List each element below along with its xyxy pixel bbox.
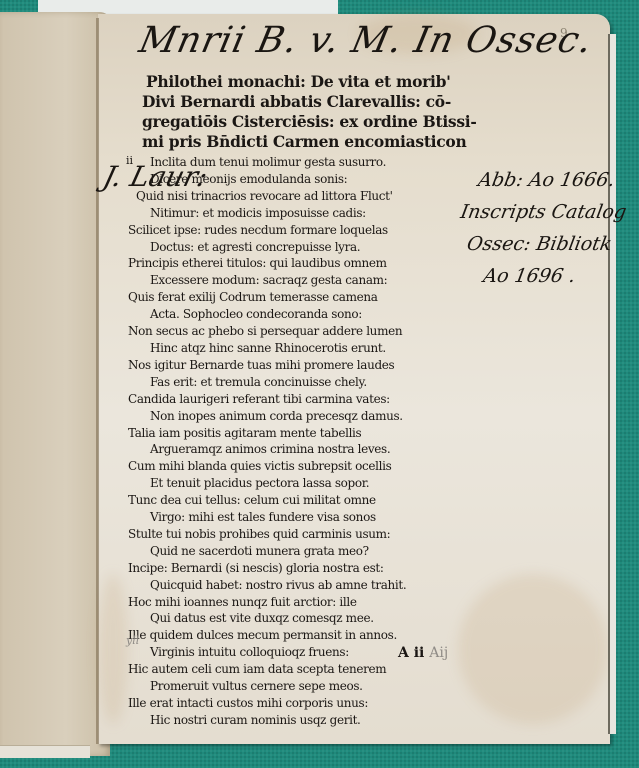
verse-line: Tunc dea cui tellus: celum cui militat o… — [128, 492, 488, 509]
verse-line: Qui datus est vite duxqz comesqz mee. — [128, 610, 488, 627]
verse-line: Ille quidem dulces mecum permansit in an… — [128, 627, 488, 644]
handwritten-right-note: Abb: Ao 1666. Inscripts Catalog Ossec: B… — [459, 164, 635, 292]
verse-line: Non inopes animum corda precesqz damus. — [128, 408, 488, 425]
verse-line: Hinc atqz hinc sanne Rhinocerotis erunt. — [128, 340, 488, 357]
verse-line: Hoc mihi ioannes nunqz fuit arctior: ill… — [128, 594, 488, 611]
verse-line: Stulte tui nobis prohibes quid carminis … — [128, 526, 488, 543]
note-line: Ossec: Bibliotk — [464, 228, 623, 260]
verse-line: Nos igitur Bernarde tuas mihi promere la… — [128, 357, 488, 374]
verse-line: Hic nostri curam nominis usqz gerit. — [128, 712, 488, 729]
signature-text: A ii — [398, 645, 424, 661]
title-line: mi pris Bn̄dicti Carmen encomiasticon — [142, 132, 488, 152]
verse-line: Excessere modum: sacraqz gesta canam: — [128, 272, 488, 289]
title-line: Divi Bernardi abbatis Clarevallis: cō- — [142, 92, 488, 112]
left-page — [0, 12, 110, 756]
verse-line: Fas erit: et tremula concinuisse chely. — [128, 374, 488, 391]
note-line: Ao 1696 . — [481, 260, 618, 292]
verse-line: Virgo: mihi est tales fundere visa sonos — [128, 509, 488, 526]
verse-line: Candida laurigeri referant tibi carmina … — [128, 391, 488, 408]
verse-line: Cum mihi blanda quies victis subrepsit o… — [128, 458, 488, 475]
verse-line: Talia iam positis agitaram mente tabelli… — [128, 425, 488, 442]
signature-mark: A ii Aij — [398, 645, 448, 661]
left-page-bottom-edge — [0, 745, 90, 758]
paper-stain — [98, 574, 128, 724]
verse-line: Acta. Sophocleo condecoranda sono: — [128, 306, 488, 323]
verse-line: Doctus: et agresti concrepuisse lyra. — [128, 239, 488, 256]
note-line: Abb: Ao 1666. — [476, 164, 635, 196]
page-right-edge — [608, 34, 616, 734]
verse-line: Nitimur: et modicis imposuisse cadis: — [128, 205, 488, 222]
handwritten-left-margin: J. Laur: — [100, 160, 211, 193]
printed-title: Philothei monachi: De vita et morib' Div… — [128, 72, 488, 152]
verse-line: Scilicet ipse: rudes necdum formare loqu… — [128, 222, 488, 239]
verse-line: Argueramqz animos crimina nostra leves. — [128, 441, 488, 458]
verse-line: Non secus ac phebo si persequar addere l… — [128, 323, 488, 340]
verse-list: ii Inclita dum tenui molimur gesta susur… — [128, 154, 488, 729]
handwritten-top-inscription: Mnrii B. v. M. In Ossec. — [136, 20, 597, 61]
verse-line: Promeruit vultus cernere sepe meos. — [128, 678, 488, 695]
signature-ghost: Aij — [429, 645, 448, 661]
title-line: gregatiōis Cisterciēsis: ex ordine Btiss… — [142, 112, 488, 132]
offset-ghost-mark: yll — [126, 634, 139, 647]
verse-line: Quid ne sacerdoti munera grata meo? — [128, 543, 488, 560]
verse-line: Quis ferat exilij Codrum temerasse camen… — [128, 289, 488, 306]
verse-line: Incipe: Bernardi (si nescis) gloria nost… — [128, 560, 488, 577]
verse-line: Quicquid habet: nostro rivus ab amne tra… — [128, 577, 488, 594]
title-line: Philothei monachi: De vita et morib' — [146, 72, 488, 92]
verse-line: Ille erat intacti custos mihi corporis u… — [128, 695, 488, 712]
book-gutter — [96, 18, 99, 744]
verse-line: Et tenuit placidus pectora lassa sopor. — [128, 475, 488, 492]
note-line: Inscripts Catalog — [458, 196, 629, 228]
verse-line: Hic autem celi cum iam data scepta tener… — [128, 661, 488, 678]
verse-line: Principis etherei titulos: qui laudibus … — [128, 255, 488, 272]
